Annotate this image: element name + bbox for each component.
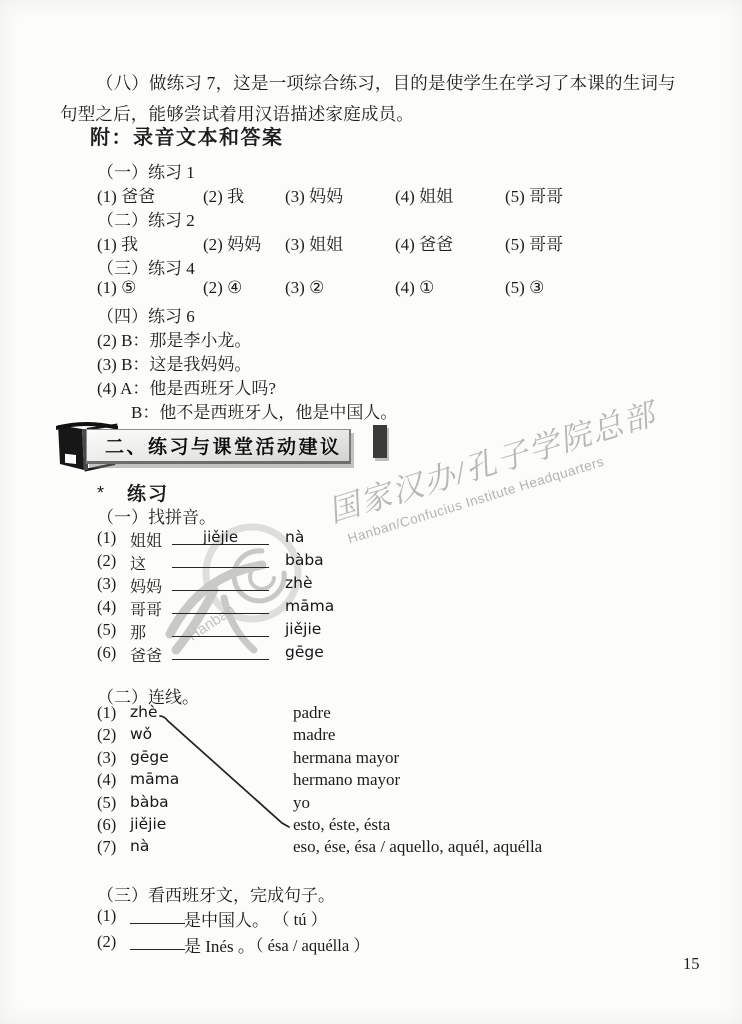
page-number: 15: [683, 954, 700, 974]
exercise-heading: （一）练习 1: [97, 158, 195, 180]
match-row: (1) zhè padre: [97, 703, 657, 724]
answer-item: (5) 哥哥: [505, 230, 563, 255]
completion-row: (2) 是 Inés 。 （ ésa / aquélla ）: [97, 932, 657, 956]
match-row: (2) wǒ madre: [97, 725, 657, 746]
dialogue-line: (4) A：他是西班牙人吗?: [97, 374, 276, 396]
chinese-word: 妈妈: [130, 574, 162, 597]
item-number: (4): [97, 770, 116, 790]
pinyin-row: (5) 那 jiějie: [97, 620, 517, 641]
answer-item: (2) 我: [203, 182, 244, 207]
item-number: (5): [97, 793, 116, 813]
spanish-hint: （ tú ）: [273, 906, 327, 930]
exercise-heading: （三）看西班牙文，完成句子。: [97, 881, 335, 906]
pinyin-term: bàba: [130, 793, 169, 811]
match-row: (3) gēge hermana mayor: [97, 748, 657, 769]
exercise-heading: （三）练习 4: [97, 254, 195, 276]
pinyin-row: (2) 这 bàba: [97, 551, 517, 572]
item-number: (1): [97, 703, 116, 723]
spanish-term: hermano mayor: [293, 770, 400, 790]
item-number: (2): [97, 932, 116, 952]
completion-row: (1) 是中国人。 （ tú ）: [97, 906, 657, 930]
pinyin-term: gēge: [130, 748, 169, 766]
pinyin-term: jiějie: [130, 815, 166, 833]
pinyin-option: māma: [285, 597, 334, 615]
sentence-text: 是中国人。: [184, 906, 269, 931]
spanish-term: yo: [293, 793, 310, 813]
dialogue-line: (3) B：这是我妈妈。: [97, 350, 251, 372]
chinese-word: 那: [130, 620, 146, 643]
match-row: (6) jiějie esto, éste, ésta: [97, 815, 657, 836]
item-number: (4): [97, 597, 116, 617]
spanish-hint: （ ésa / aquélla ）: [247, 932, 370, 956]
exercise-heading: （二）练习 2: [97, 206, 195, 228]
answer-item: (5) 哥哥: [505, 182, 563, 207]
pinyin-option: jiějie: [285, 620, 321, 638]
item-number: (5): [97, 620, 116, 640]
item-number: (1): [97, 528, 116, 548]
answer-item: (1) ⑤: [97, 278, 136, 298]
chinese-word: 这: [130, 551, 146, 574]
answer-item: (3) 姐姐: [285, 230, 343, 255]
spanish-term: eso, ése, ésa / aquello, aquél, aquélla: [293, 837, 542, 857]
answer-item: (4) 姐姐: [395, 182, 453, 207]
answer-item: (4) ①: [395, 278, 434, 298]
exercise-heading: （四）练习 6: [97, 302, 195, 324]
answer-item: (2) ④: [203, 278, 242, 298]
pinyin-option: zhè: [285, 574, 313, 592]
spanish-term: hermana mayor: [293, 748, 399, 768]
page-content: （八）做练习 7，这是一项综合练习，目的是使学生在学习了本课的生词与句型之后，能…: [0, 0, 742, 1024]
blank-line: [172, 590, 269, 591]
dialogue-line: (2) B：那是李小龙。: [97, 326, 251, 348]
match-row: (7) nà eso, ése, ésa / aquello, aquél, a…: [97, 837, 657, 858]
item-number: (7): [97, 837, 116, 857]
item-number: (2): [97, 725, 116, 745]
answer-item: (3) 妈妈: [285, 182, 343, 207]
item-number: (2): [97, 551, 116, 571]
pinyin-option: gēge: [285, 643, 324, 661]
blank-line: [172, 613, 269, 614]
star-marker: *: [97, 483, 104, 504]
chinese-word: 爸爸: [130, 643, 162, 666]
spanish-term: esto, éste, ésta: [293, 815, 390, 835]
appendix-title: 附：录音文本和答案: [90, 121, 284, 150]
item-number: (3): [97, 574, 116, 594]
spanish-term: madre: [293, 725, 335, 745]
item-number: (6): [97, 815, 116, 835]
answer-item: (5) ③: [505, 278, 544, 298]
pinyin-row: (1) 姐姐 jiějie nà: [97, 528, 517, 549]
blank-line: [172, 636, 269, 637]
blank-line: [130, 923, 185, 924]
pinyin-term: wǒ: [130, 725, 152, 743]
sentence-text: 是 Inés 。: [184, 932, 255, 957]
banner-end-cap: [373, 425, 387, 458]
answer-item: (2) 妈妈: [203, 230, 261, 255]
item-number: (1): [97, 906, 116, 926]
spanish-term: padre: [293, 703, 331, 723]
item-number: (6): [97, 643, 116, 663]
item-number: (3): [97, 748, 116, 768]
pinyin-term: zhè: [130, 703, 158, 721]
pinyin-option: bàba: [285, 551, 324, 569]
pinyin-term: māma: [130, 770, 179, 788]
exercise-heading: （一）找拼音。: [97, 503, 216, 528]
pinyin-option: nà: [285, 528, 304, 546]
answer-item: (1) 爸爸: [97, 182, 155, 207]
pinyin-row: (4) 哥哥 māma: [97, 597, 517, 618]
answer-item: (3) ②: [285, 278, 324, 298]
blank-line: [172, 567, 269, 568]
appendix-answers: （一）练习 1 (1) 爸爸 (2) 我 (3) 妈妈 (4) 姐姐 (5) 哥…: [97, 158, 677, 428]
chinese-word: 哥哥: [130, 597, 162, 620]
section-title: 二、练习与课堂活动建议: [105, 432, 342, 459]
match-row: (5) bàba yo: [97, 793, 657, 814]
pinyin-row: (3) 妈妈 zhè: [97, 574, 517, 595]
practice-subtitle: 练习: [127, 479, 169, 506]
blank-line: [130, 949, 185, 950]
blank-line: [172, 659, 269, 660]
written-answer: jiějie: [172, 528, 269, 546]
answer-item: (1) 我: [97, 230, 138, 255]
section-banner: 二、练习与课堂活动建议: [48, 416, 408, 476]
match-row: (4) māma hermano mayor: [97, 770, 657, 791]
textbook-page: Hanban 国家汉办/孔子学院总部 Hanban/Confucius Inst…: [0, 0, 742, 1024]
pinyin-row: (6) 爸爸 gēge: [97, 643, 517, 664]
chinese-word: 姐姐: [130, 528, 162, 551]
pinyin-term: nà: [130, 837, 149, 855]
answer-item: (4) 爸爸: [395, 230, 453, 255]
